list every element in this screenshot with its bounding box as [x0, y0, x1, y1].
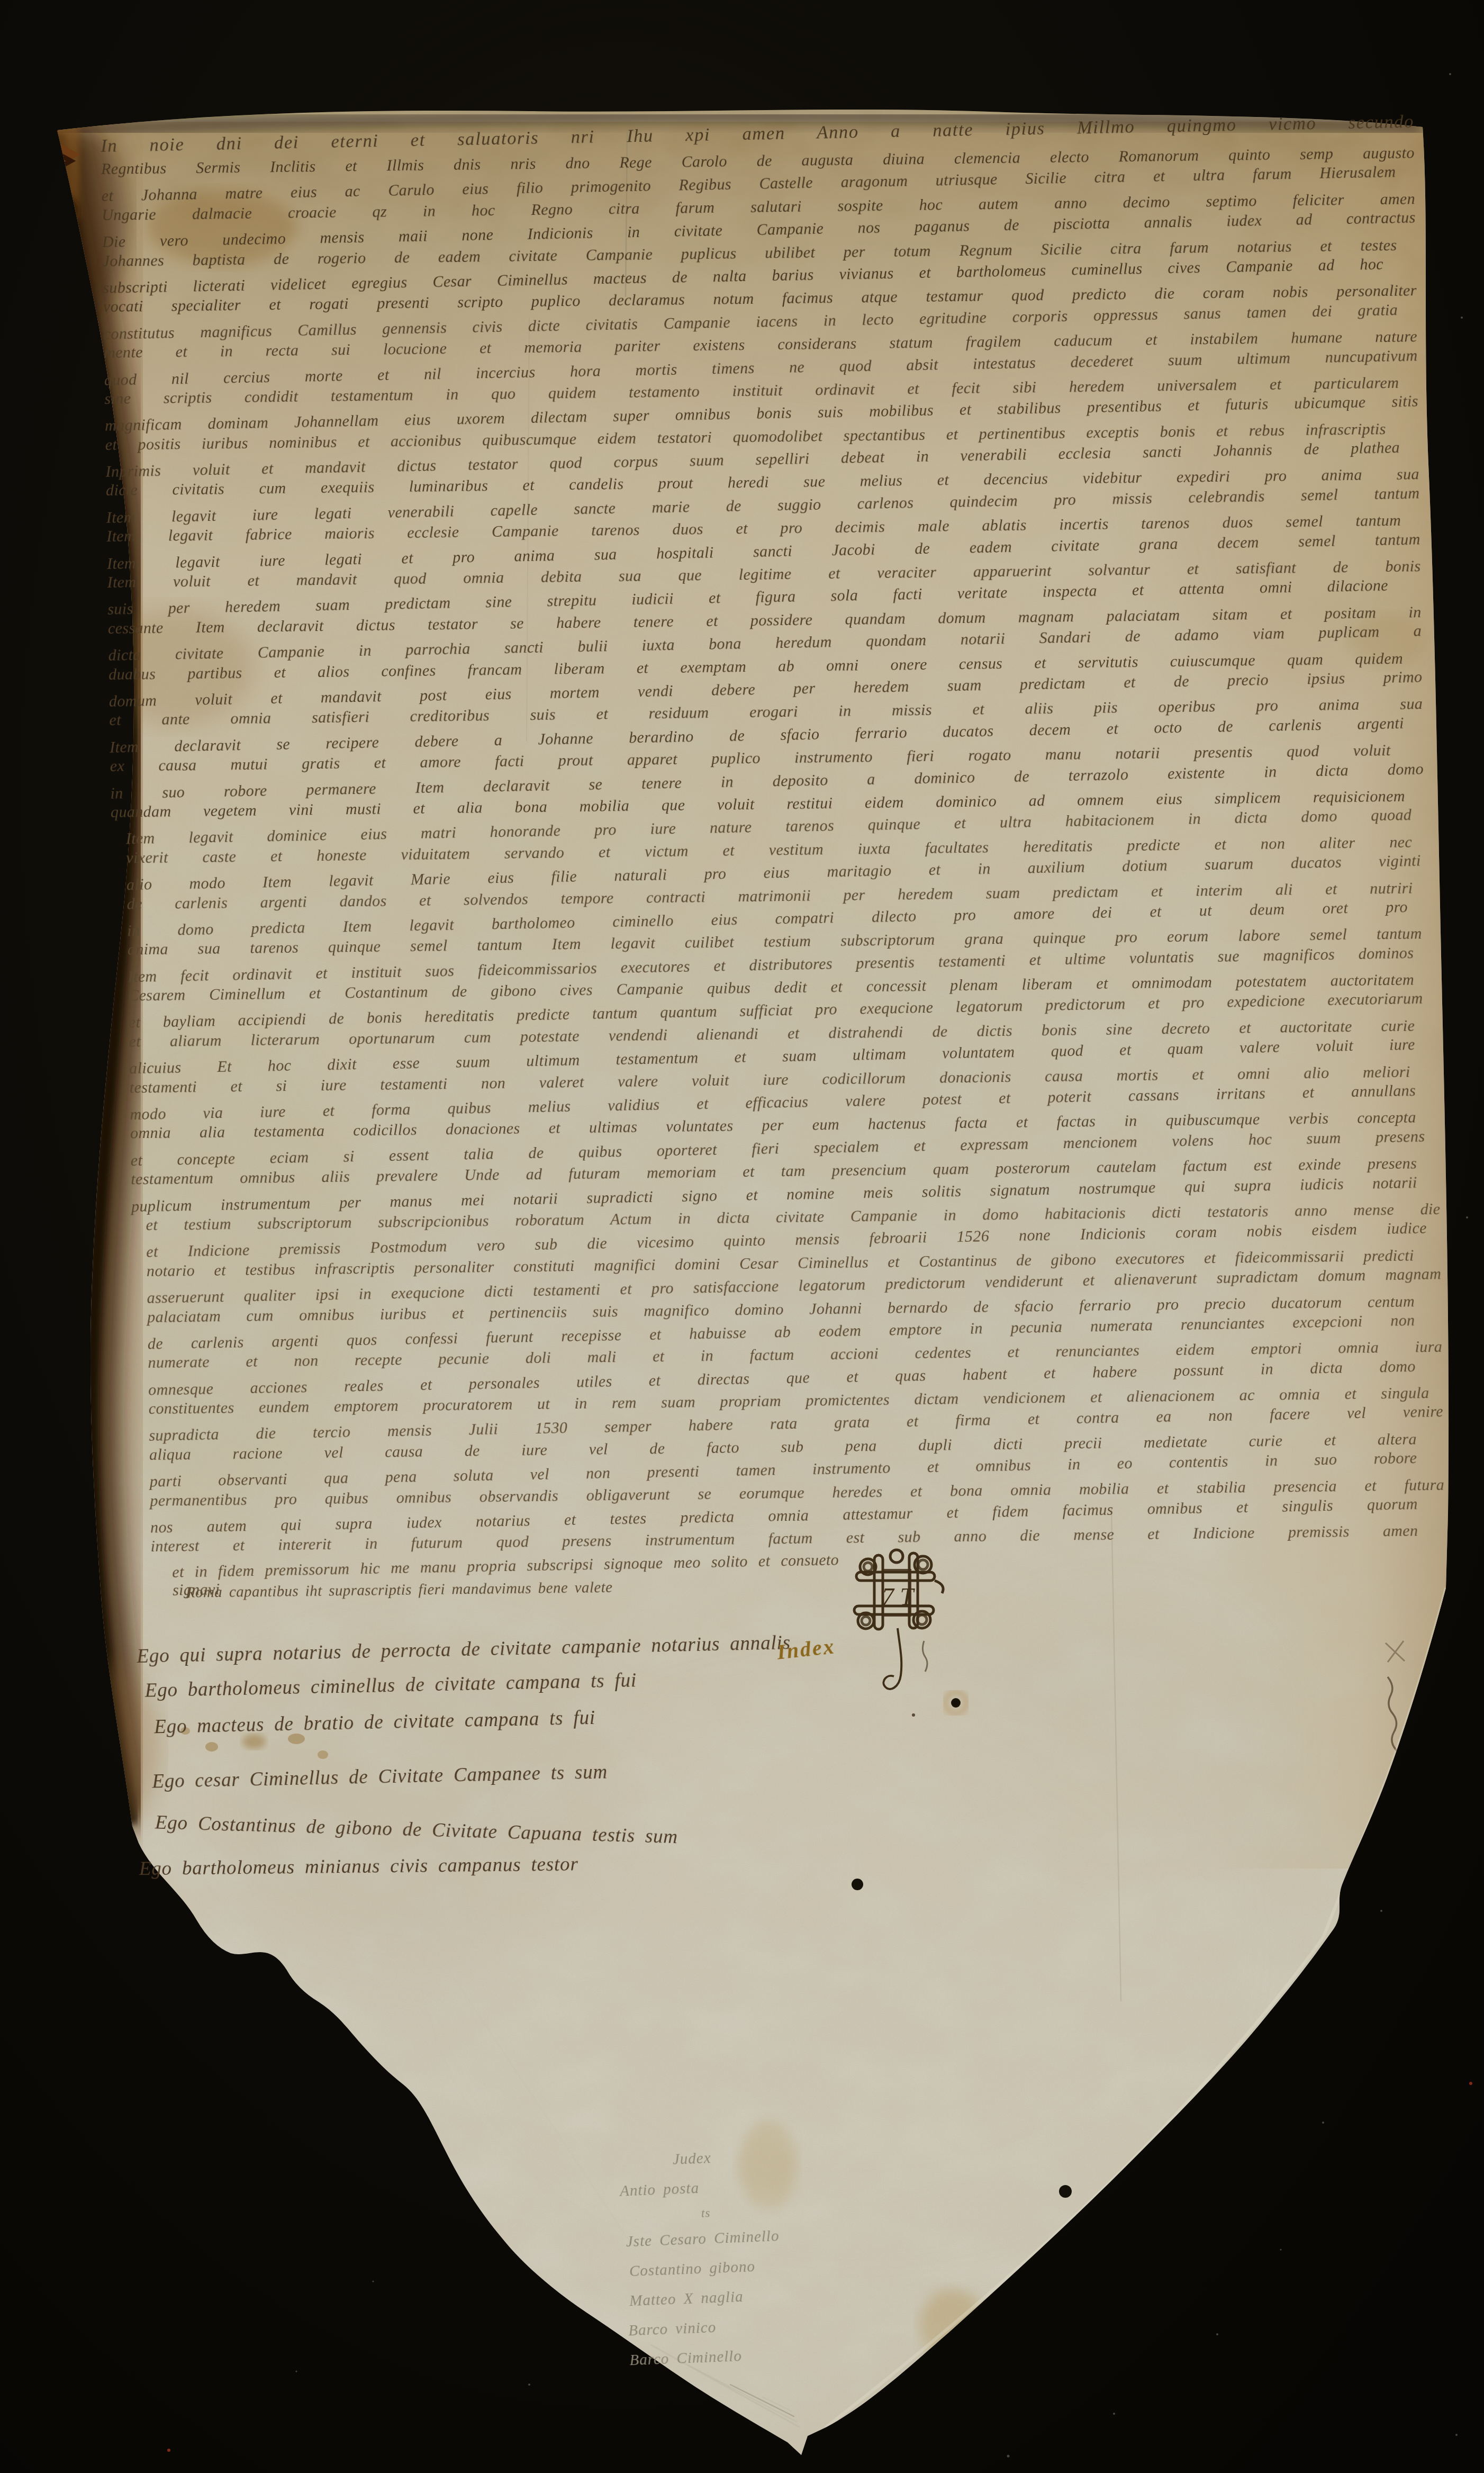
faded-names-list: JudexAntio postatsJste Cesaro CiminelloC… [615, 2141, 784, 2375]
faded-name-line: Jste Cesaro Ciminello [626, 2221, 780, 2257]
witness-subscription-line: Ego macteus de bratio de civitate campan… [154, 1699, 964, 1738]
witness-subscription-line: Ego cesar Ciminellus de Civitate Campane… [152, 1753, 965, 1793]
manuscript-photograph: 7 T In noie dni dei eterni et saluatoris… [0, 0, 1484, 2473]
faded-name-line: Judex [672, 2141, 777, 2174]
witness-attestations-block: Ego qui supra notarius de perrocta de ci… [137, 1628, 967, 1880]
faded-name-line: Barco Ciminello [629, 2340, 784, 2375]
faded-name-line: ts [701, 2200, 779, 2224]
witness-subscription-line: Ego bartholomeus ciminellus de civitate … [144, 1662, 963, 1702]
main-text-block: In noie dni dei eterni et saluatoris nri… [101, 114, 1436, 1609]
